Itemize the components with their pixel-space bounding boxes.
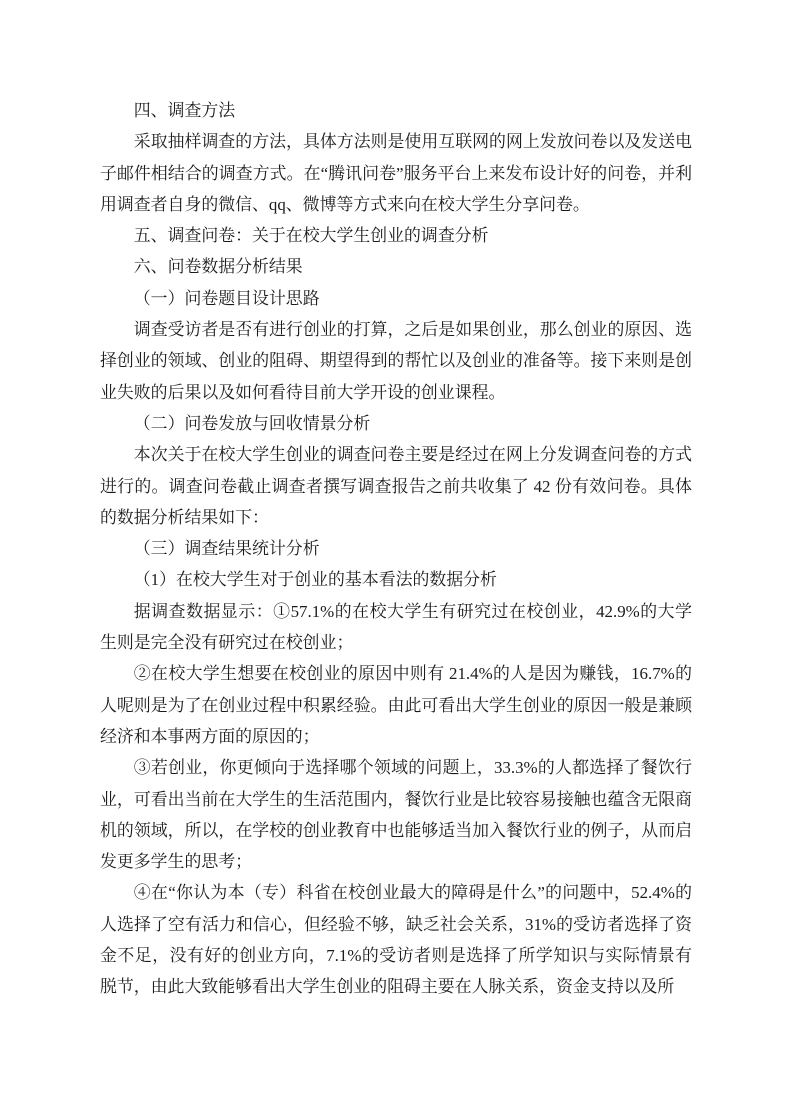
section-heading: 六、问卷数据分析结果 (100, 251, 692, 282)
paragraph: ④在“你认为本（专）科省在校创业最大的障碍是什么”的问题中，52.4%的人选择了… (100, 877, 692, 1002)
section-heading: （三）调查结果统计分析 (100, 533, 692, 564)
paragraph: 采取抽样调查的方法，具体方法则是使用互联网的网上发放问卷以及发送电子邮件相结合的… (100, 126, 692, 220)
document-page: 四、调查方法采取抽样调查的方法，具体方法则是使用互联网的网上发放问卷以及发送电子… (0, 0, 792, 1120)
section-heading: （二）问卷发放与回收情景分析 (100, 408, 692, 439)
section-heading: （一）问卷题目设计思路 (100, 283, 692, 314)
section-heading: 五、调查问卷：关于在校大学生创业的调查分析 (100, 220, 692, 251)
document-body: 四、调查方法采取抽样调查的方法，具体方法则是使用互联网的网上发放问卷以及发送电子… (100, 95, 692, 1003)
paragraph: ③若创业，你更倾向于选择哪个领域的问题上，33.3%的人都选择了餐饮行业，可看出… (100, 752, 692, 877)
section-heading: （1）在校大学生对于创业的基本看法的数据分析 (100, 564, 692, 595)
paragraph: 本次关于在校大学生创业的调查问卷主要是经过在网上分发调查问卷的方式进行的。调查问… (100, 439, 692, 533)
paragraph: ②在校大学生想要在校创业的原因中则有 21.4%的人是因为赚钱，16.7%的人呢… (100, 658, 692, 752)
section-heading: 四、调查方法 (100, 95, 692, 126)
paragraph: 据调查数据显示：①57.1%的在校大学生有研究过在校创业，42.9%的大学生则是… (100, 596, 692, 659)
paragraph: 调查受访者是否有进行创业的打算，之后是如果创业，那么创业的原因、选择创业的领域、… (100, 314, 692, 408)
